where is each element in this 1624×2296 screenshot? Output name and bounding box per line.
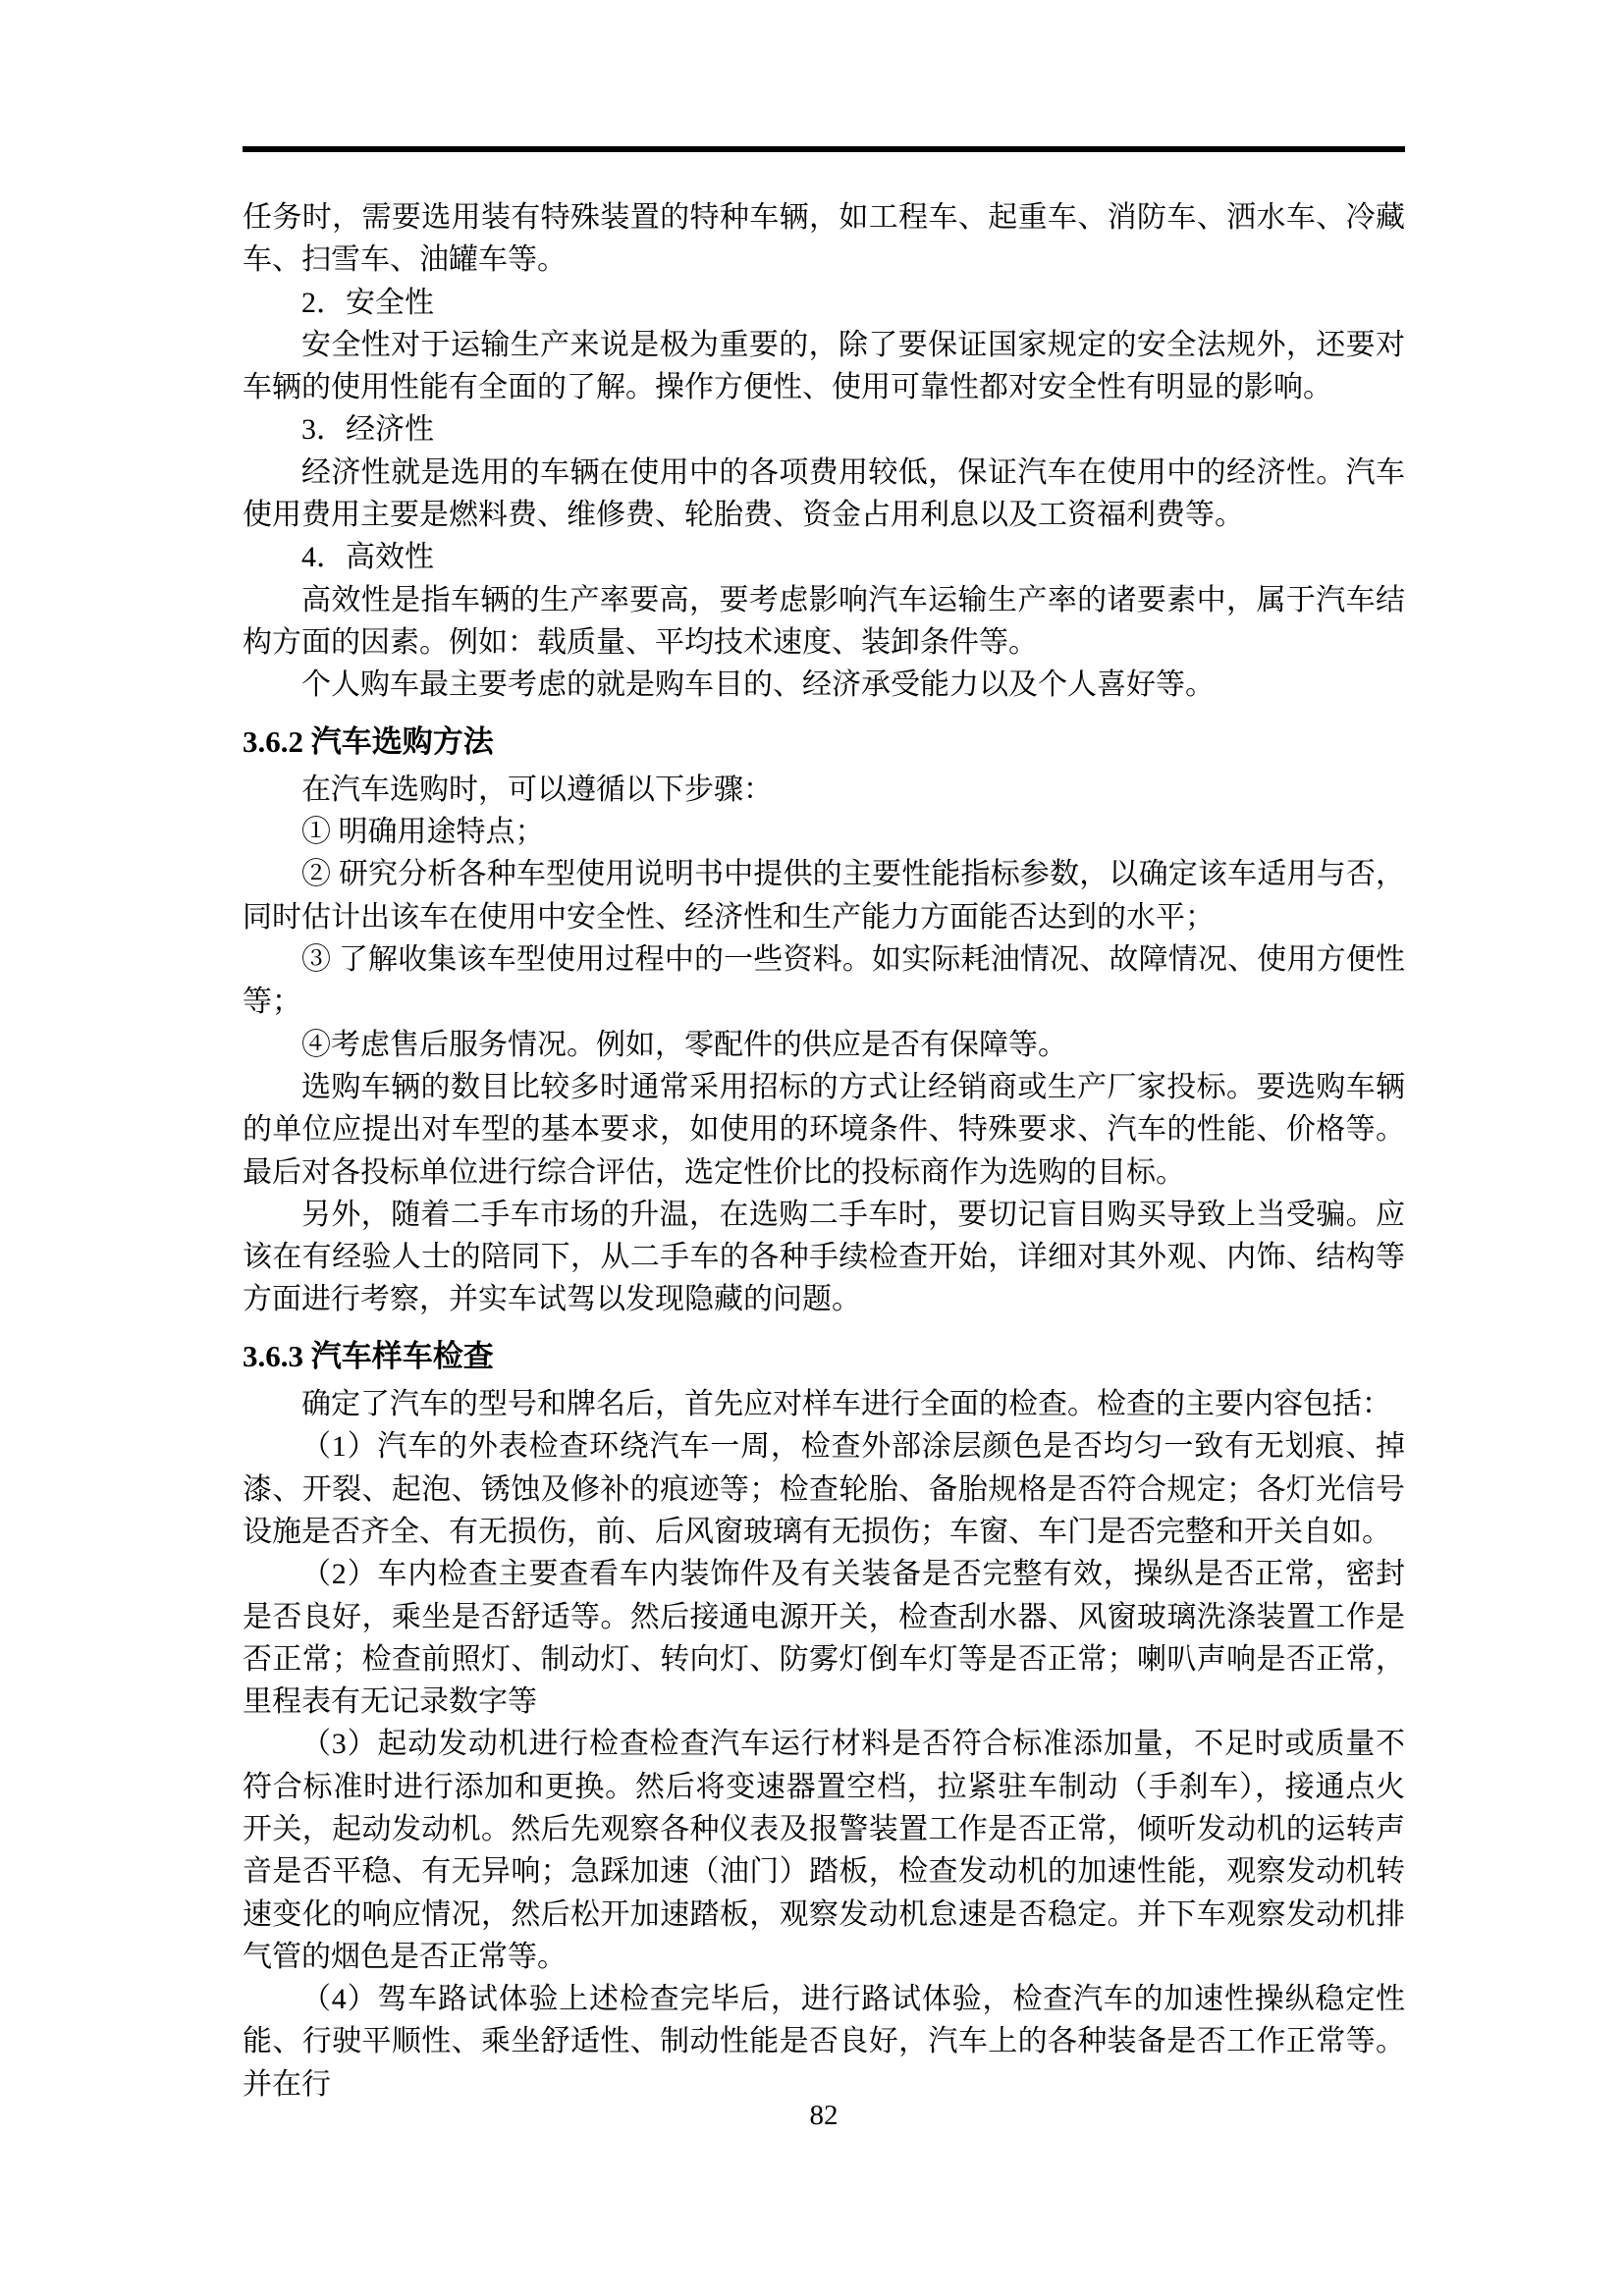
paragraph: 2．安全性 bbox=[243, 282, 1405, 324]
paragraph: 3．经济性 bbox=[243, 408, 1405, 451]
section-heading: 3.6.2 汽车选购方法 bbox=[243, 721, 1405, 763]
paragraph: 4．高效性 bbox=[243, 536, 1405, 578]
paragraph: 在汽车选购时，可以遵循以下步骤： bbox=[243, 769, 1405, 811]
page-number: 82 bbox=[243, 2095, 1405, 2137]
paragraph: （2）车内检查主要查看车内装饰件及有关装备是否完整有效，操纵是否正常，密封是否良… bbox=[243, 1553, 1405, 1723]
paragraph: ③ 了解收集该车型使用过程中的一些资料。如实际耗油情况、故障情况、使用方便性等； bbox=[243, 938, 1405, 1024]
document-body: 任务时，需要选用装有特殊装置的特种车辆，如工程车、起重车、消防车、洒水车、冷藏车… bbox=[243, 196, 1405, 2106]
paragraph: 经济性就是选用的车辆在使用中的各项费用较低，保证汽车在使用中的经济性。汽车使用费… bbox=[243, 452, 1405, 537]
paragraph: 选购车辆的数目比较多时通常采用招标的方式让经销商或生产厂家投标。要选购车辆的单位… bbox=[243, 1066, 1405, 1194]
paragraph: 安全性对于运输生产来说是极为重要的，除了要保证国家规定的安全法规外，还要对车辆的… bbox=[243, 324, 1405, 409]
paragraph: ① 明确用途特点； bbox=[243, 811, 1405, 853]
paragraph: （3）起动发动机进行检查检查汽车运行材料是否符合标准添加量，不足时或质量不符合标… bbox=[243, 1723, 1405, 1978]
paragraph: 个人购车最主要考虑的就是购车目的、经济承受能力以及个人喜好等。 bbox=[243, 664, 1405, 706]
document-page: 任务时，需要选用装有特殊装置的特种车辆，如工程车、起重车、消防车、洒水车、冷藏车… bbox=[0, 0, 1624, 2296]
paragraph: 另外，随着二手车市场的升温，在选购二手车时，要切记盲目购买导致上当受骗。应该在有… bbox=[243, 1194, 1405, 1321]
paragraph: 高效性是指车辆的生产率要高，要考虑影响汽车运输生产率的诸要素中，属于汽车结构方面… bbox=[243, 579, 1405, 665]
paragraph: ② 研究分析各种车型使用说明书中提供的主要性能指标参数，以确定该车适用与否，同时… bbox=[243, 853, 1405, 938]
paragraph: 确定了汽车的型号和牌名后，首先应对样车进行全面的检查。检查的主要内容包括： bbox=[243, 1383, 1405, 1425]
header-rule bbox=[243, 146, 1405, 152]
paragraph: 任务时，需要选用装有特殊装置的特种车辆，如工程车、起重车、消防车、洒水车、冷藏车… bbox=[243, 196, 1405, 282]
paragraph: （1）汽车的外表检查环绕汽车一周，检查外部涂层颜色是否均匀一致有无划痕、掉漆、开… bbox=[243, 1425, 1405, 1553]
section-heading: 3.6.3 汽车样车检查 bbox=[243, 1335, 1405, 1377]
paragraph: ④考虑售后服务情况。例如，零配件的供应是否有保障等。 bbox=[243, 1024, 1405, 1066]
paragraph: （4）驾车路试体验上述检查完毕后，进行路试体验，检查汽车的加速性操纵稳定性能、行… bbox=[243, 1978, 1405, 2106]
